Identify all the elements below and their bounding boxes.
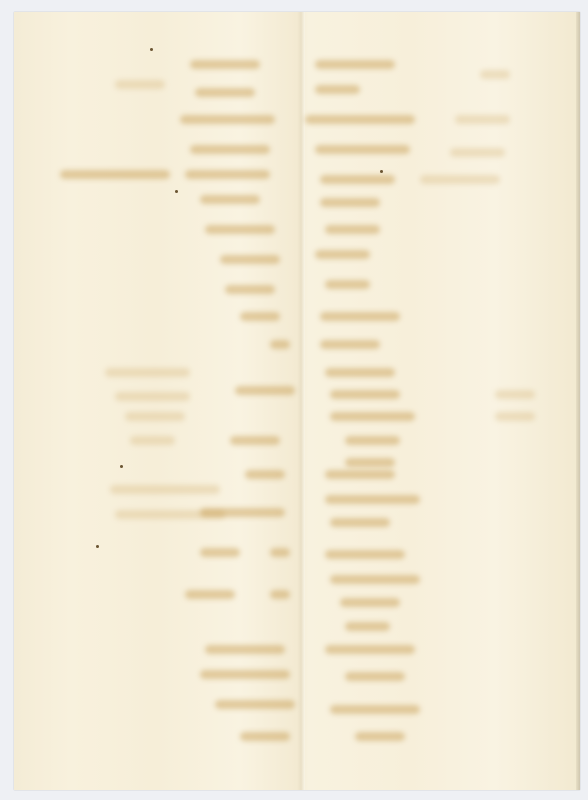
ink-stroke xyxy=(495,412,535,421)
ink-stroke xyxy=(195,88,255,97)
ink-stroke xyxy=(345,672,405,681)
page-edge xyxy=(576,12,580,790)
ink-stroke xyxy=(315,60,395,69)
ink-stroke xyxy=(325,470,395,479)
ink-stroke xyxy=(315,85,360,94)
ink-stroke xyxy=(450,148,505,157)
ink-stroke xyxy=(185,590,235,599)
ink-stroke xyxy=(200,195,260,204)
ink-stroke xyxy=(205,645,285,654)
ink-stroke xyxy=(110,485,220,494)
ink-stroke xyxy=(320,340,380,349)
ink-stroke xyxy=(330,390,400,399)
ink-stroke xyxy=(330,575,420,584)
ink-stroke xyxy=(130,436,175,445)
page-fold-crease xyxy=(297,12,305,790)
ink-stroke xyxy=(320,175,395,184)
ink-stroke xyxy=(325,495,420,504)
ink-stroke xyxy=(340,598,400,607)
ink-stroke xyxy=(270,340,290,349)
ink-stroke xyxy=(330,705,420,714)
ink-stroke xyxy=(355,732,405,741)
ink-stroke xyxy=(190,60,260,69)
ink-stroke xyxy=(315,145,410,154)
ink-stroke xyxy=(270,590,290,599)
ink-stroke xyxy=(455,115,510,124)
ink-stroke xyxy=(345,458,395,467)
ink-stroke xyxy=(320,312,400,321)
ink-stroke xyxy=(180,115,275,124)
ink-stroke xyxy=(325,645,415,654)
paper-speck xyxy=(175,190,178,193)
ink-stroke xyxy=(200,508,285,517)
ink-stroke xyxy=(190,145,270,154)
ink-stroke xyxy=(330,518,390,527)
ink-stroke xyxy=(125,412,185,421)
ink-stroke xyxy=(240,312,280,321)
ink-stroke xyxy=(115,392,190,401)
ink-stroke xyxy=(235,386,295,395)
ink-stroke xyxy=(305,115,415,124)
ink-stroke xyxy=(345,436,400,445)
ink-stroke xyxy=(115,80,165,89)
paper-speck xyxy=(96,545,99,548)
ink-stroke xyxy=(220,255,280,264)
paper-speck xyxy=(150,48,153,51)
ink-stroke xyxy=(320,198,380,207)
paper-speck xyxy=(120,465,123,468)
ink-stroke xyxy=(495,390,535,399)
ink-stroke xyxy=(270,548,290,557)
ink-stroke xyxy=(105,368,190,377)
paper-speck xyxy=(380,170,383,173)
ink-stroke xyxy=(325,280,370,289)
ink-stroke xyxy=(200,670,290,679)
ink-stroke xyxy=(420,175,500,184)
manuscript-page xyxy=(14,12,580,790)
ink-stroke xyxy=(480,70,510,79)
ink-stroke xyxy=(230,436,280,445)
ink-stroke xyxy=(215,700,295,709)
ink-stroke xyxy=(325,368,395,377)
ink-stroke xyxy=(200,548,240,557)
ink-stroke xyxy=(245,470,285,479)
ink-stroke xyxy=(185,170,270,179)
ink-stroke xyxy=(60,170,170,179)
ink-stroke xyxy=(205,225,275,234)
ink-stroke xyxy=(330,412,415,421)
ink-stroke xyxy=(225,285,275,294)
ink-stroke xyxy=(345,622,390,631)
ink-stroke xyxy=(325,550,405,559)
ink-stroke xyxy=(315,250,370,259)
ink-stroke xyxy=(325,225,380,234)
ink-stroke xyxy=(240,732,290,741)
